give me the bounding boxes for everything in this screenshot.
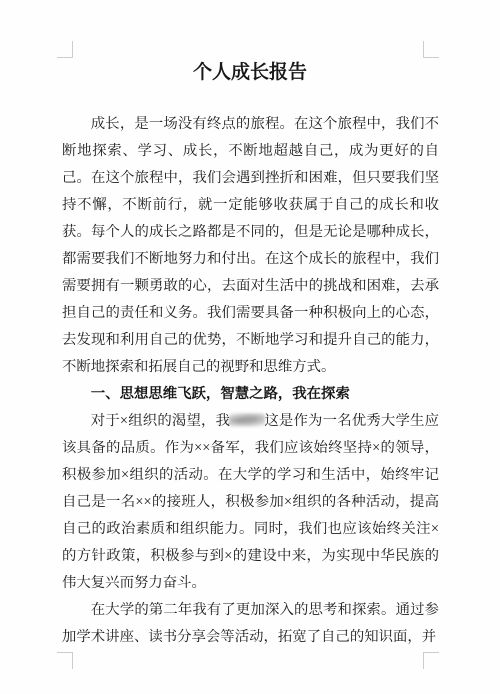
crop-mark-top-right — [423, 41, 439, 58]
paragraph-organization-text-before: 对于×组织的渴望，我 — [91, 413, 230, 429]
crop-mark-bottom-left — [57, 652, 73, 669]
paragraph-intro: 成长，是一场没有终点的旅程。在这个旅程中，我们不断地探索、学习、成长，不断地超越… — [62, 111, 439, 381]
watermark-smudge — [229, 413, 265, 427]
section-heading: 一、思想思维飞跃，智慧之路，我在探索 — [62, 381, 439, 408]
paragraph-organization-text-after: 这是作为一名优秀大学生应该具备的品质。作为××备军，我们应该始终坚持×的领导，积… — [62, 413, 439, 591]
paragraph-second-year: 在大学的第二年我有了更加深入的思考和探索。通过参加学术讲座、读书分享会等活动，拓… — [62, 597, 439, 651]
document-title: 个人成长报告 — [0, 59, 500, 86]
document-page: 个人成长报告 成长，是一场没有终点的旅程。在这个旅程中，我们不断地探索、学习、成… — [0, 0, 500, 694]
crop-mark-top-left — [57, 41, 73, 58]
crop-mark-bottom-right — [423, 652, 439, 669]
document-body: 成长，是一场没有终点的旅程。在这个旅程中，我们不断地探索、学习、成长，不断地超越… — [62, 111, 439, 651]
paragraph-organization: 对于×组织的渴望，我这是作为一名优秀大学生应该具备的品质。作为××备军，我们应该… — [62, 408, 439, 597]
